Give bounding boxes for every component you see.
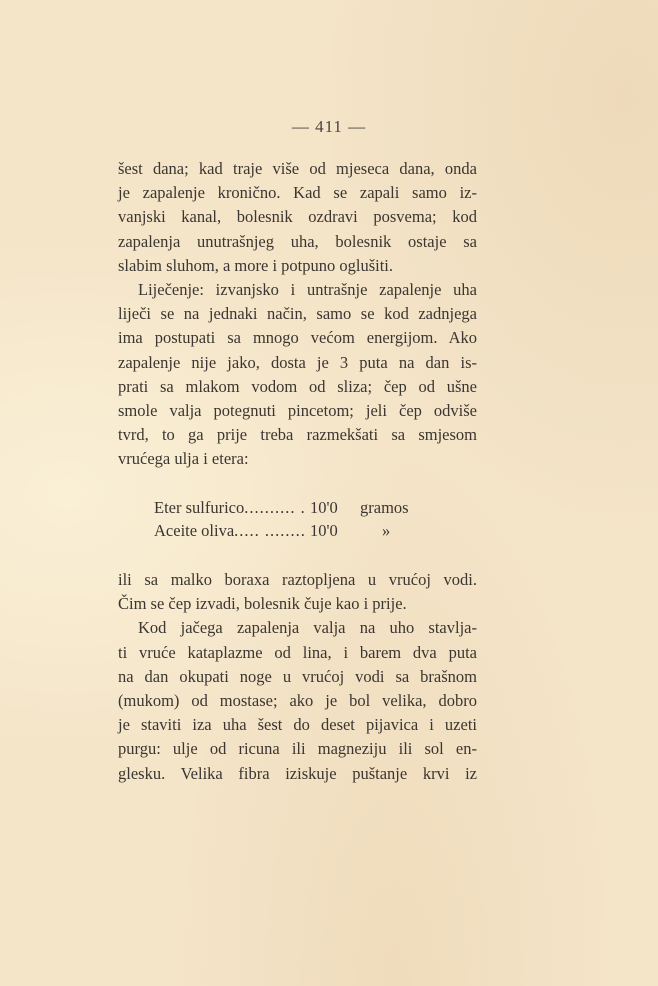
body-text-bottom: ili sa malko boraxa raztopljena u vrućoj… — [118, 568, 477, 786]
recipe-item: Aceite oliva..... ........ 10'0 » — [154, 519, 474, 542]
recipe-item-unit: » — [360, 519, 390, 542]
text-line: na dan okupati noge u vrućoj vodi sa bra… — [118, 665, 477, 689]
text-line: Liječenje: izvanjsko i untrašnje zapalen… — [118, 278, 477, 302]
body-text-top: šest dana; kad traje više od mjeseca dan… — [118, 157, 477, 471]
text-line: (mukom) od mostase; ako je bol velika, d… — [118, 689, 477, 713]
text-line: zapalenje nije jako, dosta je 3 puta na … — [118, 351, 477, 375]
leader-dots: ..... ........ — [234, 521, 306, 540]
leader-dots: .......... . — [244, 498, 306, 517]
text-line: smole valja potegnuti pincetom; jeli čep… — [118, 399, 477, 423]
text-line: vrućega ulja i etera: — [118, 447, 477, 471]
text-line: šest dana; kad traje više od mjeseca dan… — [118, 157, 477, 181]
recipe-item-quantity: 10'0 — [310, 519, 360, 542]
text-line: Kod jačega zapalenja valja na uho stavlj… — [118, 616, 477, 640]
text-line: ima postupati sa mnogo većom energijom. … — [118, 326, 477, 350]
ingredient-name: Aceite oliva — [154, 521, 234, 540]
text-line: Čim se čep izvadi, bolesnik čuje kao i p… — [118, 592, 477, 616]
text-line: vanjski kanal, bolesnik ozdravi posvema;… — [118, 205, 477, 229]
text-line: ili sa malko boraxa raztopljena u vrućoj… — [118, 568, 477, 592]
text-line: prati sa mlakom vodom od sliza; čep od u… — [118, 375, 477, 399]
text-line: je staviti iza uha šest do deset pijavic… — [118, 713, 477, 737]
text-line: liječi se na jednaki način, samo se kod … — [118, 302, 477, 326]
recipe-item-unit: gramos — [360, 496, 409, 519]
text-line: slabim sluhom, a more i potpuno oglušiti… — [118, 254, 477, 278]
text-line: zapalenja unutrašnjeg uha, bolesnik osta… — [118, 230, 477, 254]
text-line: glesku. Velika fibra iziskuje puštanje k… — [118, 762, 477, 786]
recipe-list: Eter sulfurico.......... . 10'0 gramos A… — [154, 496, 474, 542]
text-line: tvrd, to ga prije treba razmekšati sa sm… — [118, 423, 477, 447]
ingredient-name: Eter sulfurico — [154, 498, 244, 517]
page-number: — 411 — — [0, 117, 658, 137]
recipe-item-quantity: 10'0 — [310, 496, 360, 519]
text-line: ti vruće kataplazme od lina, i barem dva… — [118, 641, 477, 665]
recipe-item-name: Aceite oliva..... ........ — [154, 519, 310, 542]
text-line: purgu: ulje od ricuna ili magneziju ili … — [118, 737, 477, 761]
recipe-item-name: Eter sulfurico.......... . — [154, 496, 310, 519]
recipe-item: Eter sulfurico.......... . 10'0 gramos — [154, 496, 474, 519]
text-line: je zapalenje kronično. Kad se zapali sam… — [118, 181, 477, 205]
